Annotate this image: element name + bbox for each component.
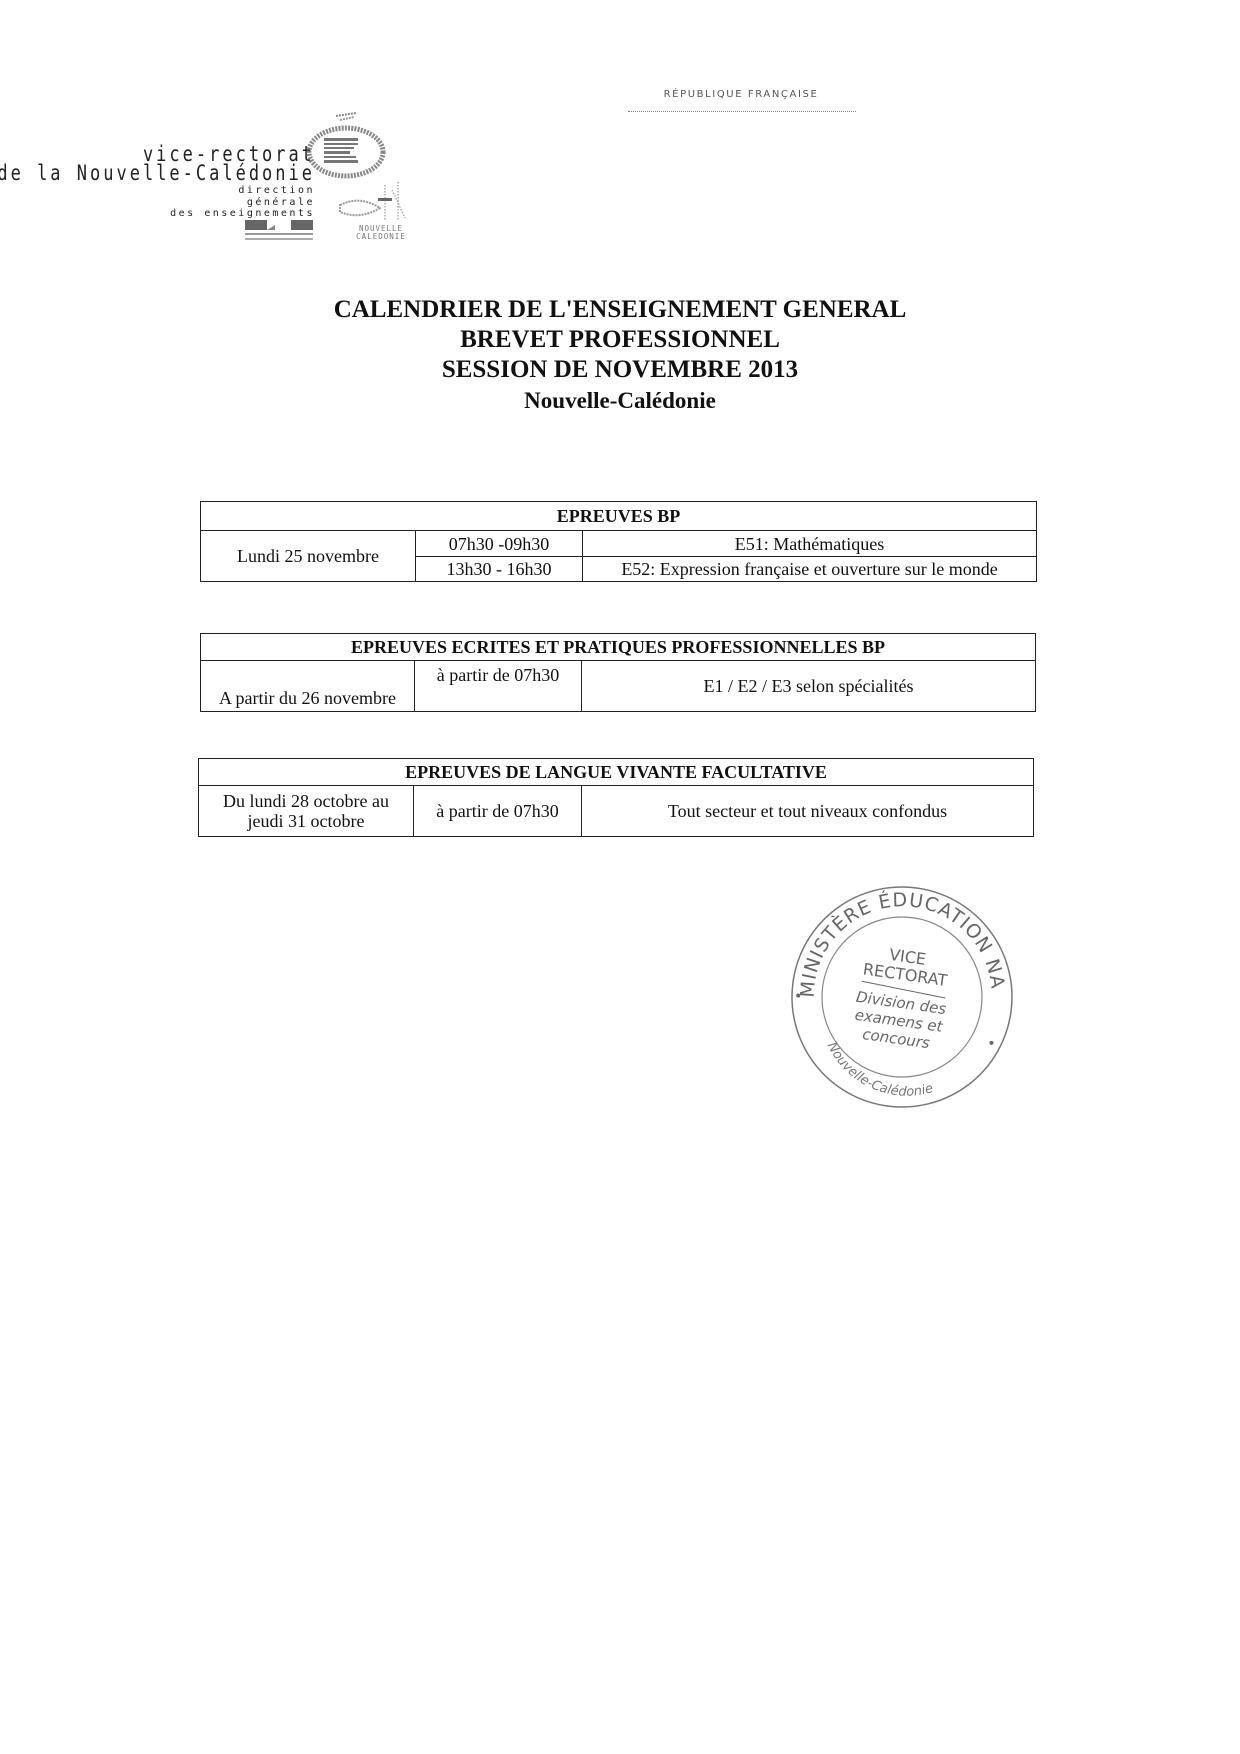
document-title-line-2: BREVET PROFESSIONNEL [0,326,1240,354]
nouvelle-caledonie-emblem-text: NOUVELLE CALEDONIE [336,225,426,241]
epreuves-professionnelles-table: EPREUVES ECRITES ET PRATIQUES PROFESSION… [200,633,1036,712]
epreuves-bp-table: EPREUVES BP Lundi 25 novembre 07h30 -09h… [200,501,1037,582]
exam-subject-cell: E1 / E2 / E3 selon spécialités [582,661,1036,712]
ministry-flag-icon [245,218,315,242]
exam-time-cell: à partir de 07h30 [415,661,582,712]
document-title-line-4: Nouvelle-Calédonie [0,388,1240,414]
exam-date-line-2: jeudi 31 octobre [199,811,413,831]
exam-subject-cell: E51: Mathématiques [583,531,1037,557]
exam-subject-cell: Tout secteur et tout niveaux confondus [582,786,1034,837]
exam-time-cell: 13h30 - 16h30 [416,557,583,582]
table-row: Lundi 25 novembre 07h30 -09h30 E51: Math… [201,531,1037,557]
document-title-line-1: CALENDRIER DE L'ENSEIGNEMENT GENERAL [0,296,1240,324]
education-e-emblem-icon [296,112,386,182]
logo-line-4: générale [247,197,315,208]
republique-francaise-label: RÉPUBLIQUE FRANÇAISE [622,89,860,100]
exam-date-line-1: Du lundi 28 octobre au [199,791,413,811]
official-stamp-icon: MINISTÈRE ÉDUCATION NATIONALE Nouvelle-C… [785,880,1020,1115]
logo-line-3: direction [238,185,315,196]
table-heading: EPREUVES BP [201,502,1037,531]
logo-line-2: de la Nouvelle-Calédonie [0,161,315,186]
exam-date-cell: A partir du 26 novembre [201,661,415,712]
exam-date-cell: Du lundi 28 octobre au jeudi 31 octobre [199,786,414,837]
exam-subject-cell: E52: Expression française et ouverture s… [583,557,1037,582]
document-title-line-3: SESSION DE NOVEMBRE 2013 [0,356,1240,384]
exam-date-cell: Lundi 25 novembre [201,531,416,582]
table-heading: EPREUVES DE LANGUE VIVANTE FACULTATIVE [199,759,1034,786]
table-row: A partir du 26 novembre à partir de 07h3… [201,661,1036,712]
exam-time-cell: à partir de 07h30 [414,786,582,837]
langue-vivante-table: EPREUVES DE LANGUE VIVANTE FACULTATIVE D… [198,758,1034,837]
table-heading: EPREUVES ECRITES ET PRATIQUES PROFESSION… [201,634,1036,661]
table-row: Du lundi 28 octobre au jeudi 31 octobre … [199,786,1034,837]
header-dotted-rule [628,111,856,112]
exam-time-cell: 07h30 -09h30 [416,531,583,557]
